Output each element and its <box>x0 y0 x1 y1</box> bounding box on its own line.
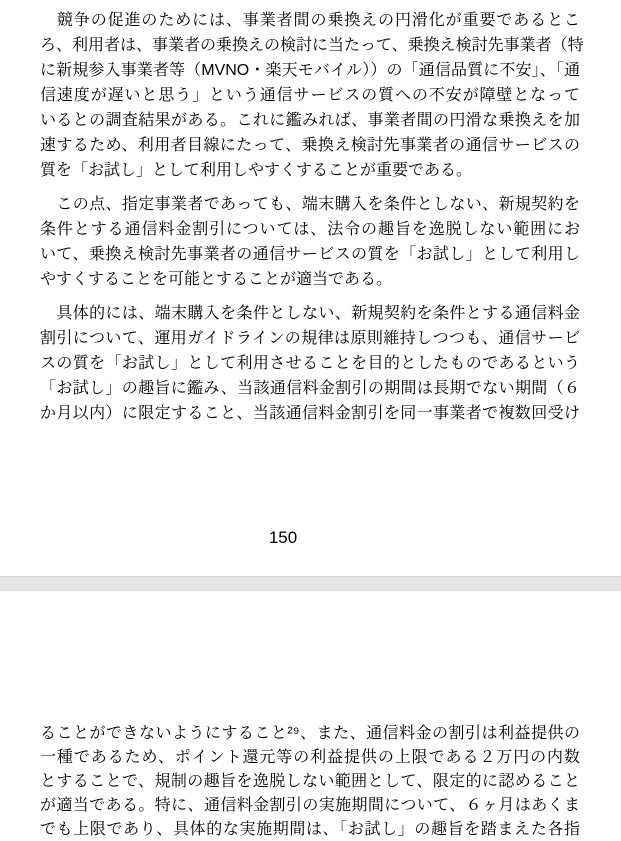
text-line: ろ、利用者は、事業者の乗換えの検討に当たって、乗換え検討先事業者（特 <box>40 33 580 58</box>
text-line: 質を「お試し」として利用しやすくすることが重要である。 <box>40 158 580 183</box>
document-viewer: 競争の促進のためには、事業者間の乗換えの円滑化が重要であるところ、利用者は、事業… <box>0 0 621 841</box>
document-page-150: 競争の促進のためには、事業者間の乗換えの円滑化が重要であるところ、利用者は、事業… <box>0 0 621 576</box>
paragraph: ることができないようにすること²⁹、また、通信料金の割引は利益提供の一種であるた… <box>40 722 580 841</box>
text-line: 「お試し」の趣旨に鑑み、当該通信料金割引の期間は長期でない期間（６ <box>40 376 580 401</box>
text-line: いて、乗換え検討先事業者の通信サービスの質を「お試し」として利用し <box>40 242 580 267</box>
text-line: が適当である。特に、通信料金割引の実施期間について、６ヶ月はあくま <box>40 794 580 818</box>
text-line: に新規参入事業者等（MVNO・楽天モバイル））の「通信品質に不安」、「通 <box>40 58 580 83</box>
text-line: 信速度が遅いと思う」という通信サービスの質への不安が障壁となって <box>40 83 580 108</box>
text-line: この点、指定事業者であっても、端末購入を条件としない、新規契約を <box>40 192 580 217</box>
text-line: 具体的には、端末購入を条件としない、新規契約を条件とする通信料金 <box>40 301 580 326</box>
text-line: いるとの調査結果がある。これに鑑みれば、事業者間の円滑な乗換えを加 <box>40 108 580 133</box>
text-line: やすくすることを可能とすることが適当である。 <box>40 267 580 292</box>
paragraph: 競争の促進のためには、事業者間の乗換えの円滑化が重要であるところ、利用者は、事業… <box>40 8 580 183</box>
paragraph: 具体的には、端末購入を条件としない、新規契約を条件とする通信料金割引について、運… <box>40 301 580 426</box>
text-line: か月以内）に限定すること、当該通信料金割引を同一事業者で複数回受け <box>40 401 580 426</box>
text-line: とすることで、規制の趣旨を逸脱しない範囲として、限定的に認めること <box>40 770 580 794</box>
page-number: 150 <box>0 527 566 549</box>
text-line: 割引について、運用ガイドラインの規律は原則維持しつつも、通信サービ <box>40 326 580 351</box>
text-line: 競争の促進のためには、事業者間の乗換えの円滑化が重要であるとこ <box>40 8 580 33</box>
page-divider <box>0 576 621 591</box>
text-line: 一種であるため、ポイント還元等の利益提供の上限である２万円の内数 <box>40 746 580 770</box>
page-150-text-block: 競争の促進のためには、事業者間の乗換えの円滑化が重要であるところ、利用者は、事業… <box>40 8 580 426</box>
paragraph: この点、指定事業者であっても、端末購入を条件としない、新規契約を条件とする通信料… <box>40 192 580 292</box>
text-line: 条件とする通信料金割引については、法令の趣旨を逸脱しない範囲にお <box>40 217 580 242</box>
text-line: スの質を「お試し」として利用させることを目的としたものであるという <box>40 351 580 376</box>
text-line: でも上限であり、具体的な実施期間は、「お試し」の趣旨を踏まえた各指 <box>40 818 580 841</box>
text-line: ることができないようにすること²⁹、また、通信料金の割引は利益提供の <box>40 722 580 746</box>
text-line: 速するため、利用者目線にたって、乗換え検討先事業者の通信サービスの <box>40 133 580 158</box>
page-next-text-block: ることができないようにすること²⁹、また、通信料金の割引は利益提供の一種であるた… <box>40 722 580 841</box>
